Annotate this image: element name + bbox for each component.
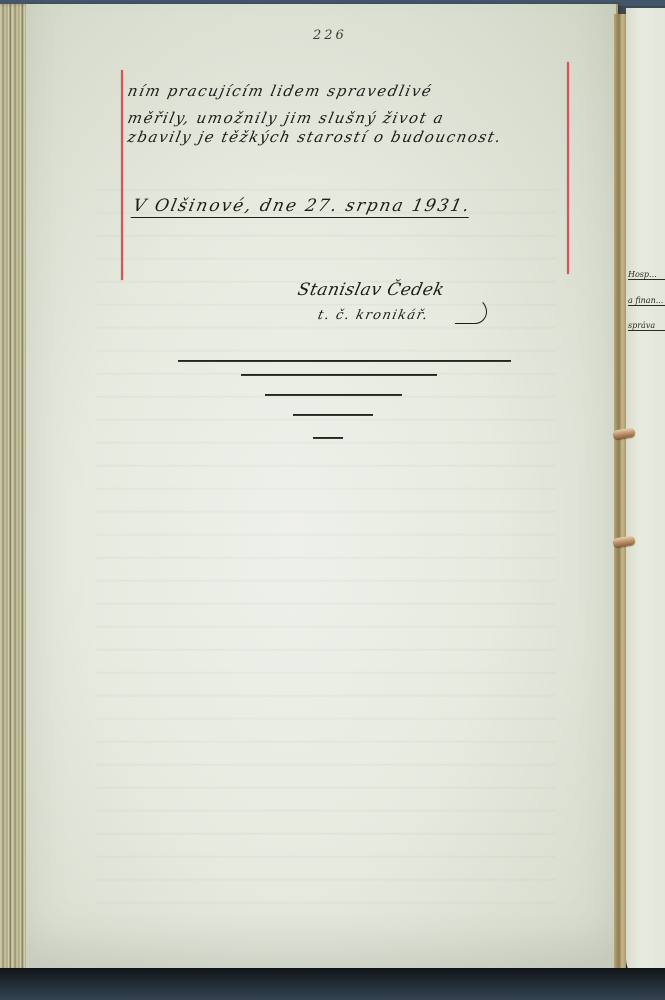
closing-rule-4 xyxy=(293,414,373,416)
photographed-book-scene: Hosp... a finan... správa 226 ním pracuj… xyxy=(0,0,665,1000)
body-line-3: zbavily je těžkých starostí o budoucnost… xyxy=(126,128,504,146)
book-gutter-binding xyxy=(614,14,626,972)
signature-name: Stanislav Čedek xyxy=(296,280,446,300)
date-place-line: V Olšinové, dne 27. srpna 1931. xyxy=(131,196,473,218)
right-margin-rule xyxy=(567,62,569,274)
closing-rule-2 xyxy=(241,374,437,376)
background-table-shadow xyxy=(0,968,665,1000)
chronicle-page xyxy=(26,4,618,972)
signature-title: t. č. kronikář. xyxy=(316,308,430,323)
body-line-1: ním pracujícím lidem spravedlivé xyxy=(126,82,434,100)
body-line-2: měřily, umožnily jim slušný život a xyxy=(126,109,446,127)
closing-rule-5 xyxy=(313,437,343,439)
signature-flourish xyxy=(455,298,487,324)
left-margin-rule xyxy=(121,70,123,280)
facing-margin-note-3: správa xyxy=(628,321,665,331)
facing-page-edge: Hosp... a finan... správa xyxy=(626,8,665,970)
facing-margin-note-1: Hosp... xyxy=(628,270,665,280)
page-number: 226 xyxy=(313,28,347,43)
closing-rule-3 xyxy=(265,394,402,396)
closing-rule-1 xyxy=(178,360,511,362)
facing-margin-note-2: a finan... xyxy=(628,296,665,306)
